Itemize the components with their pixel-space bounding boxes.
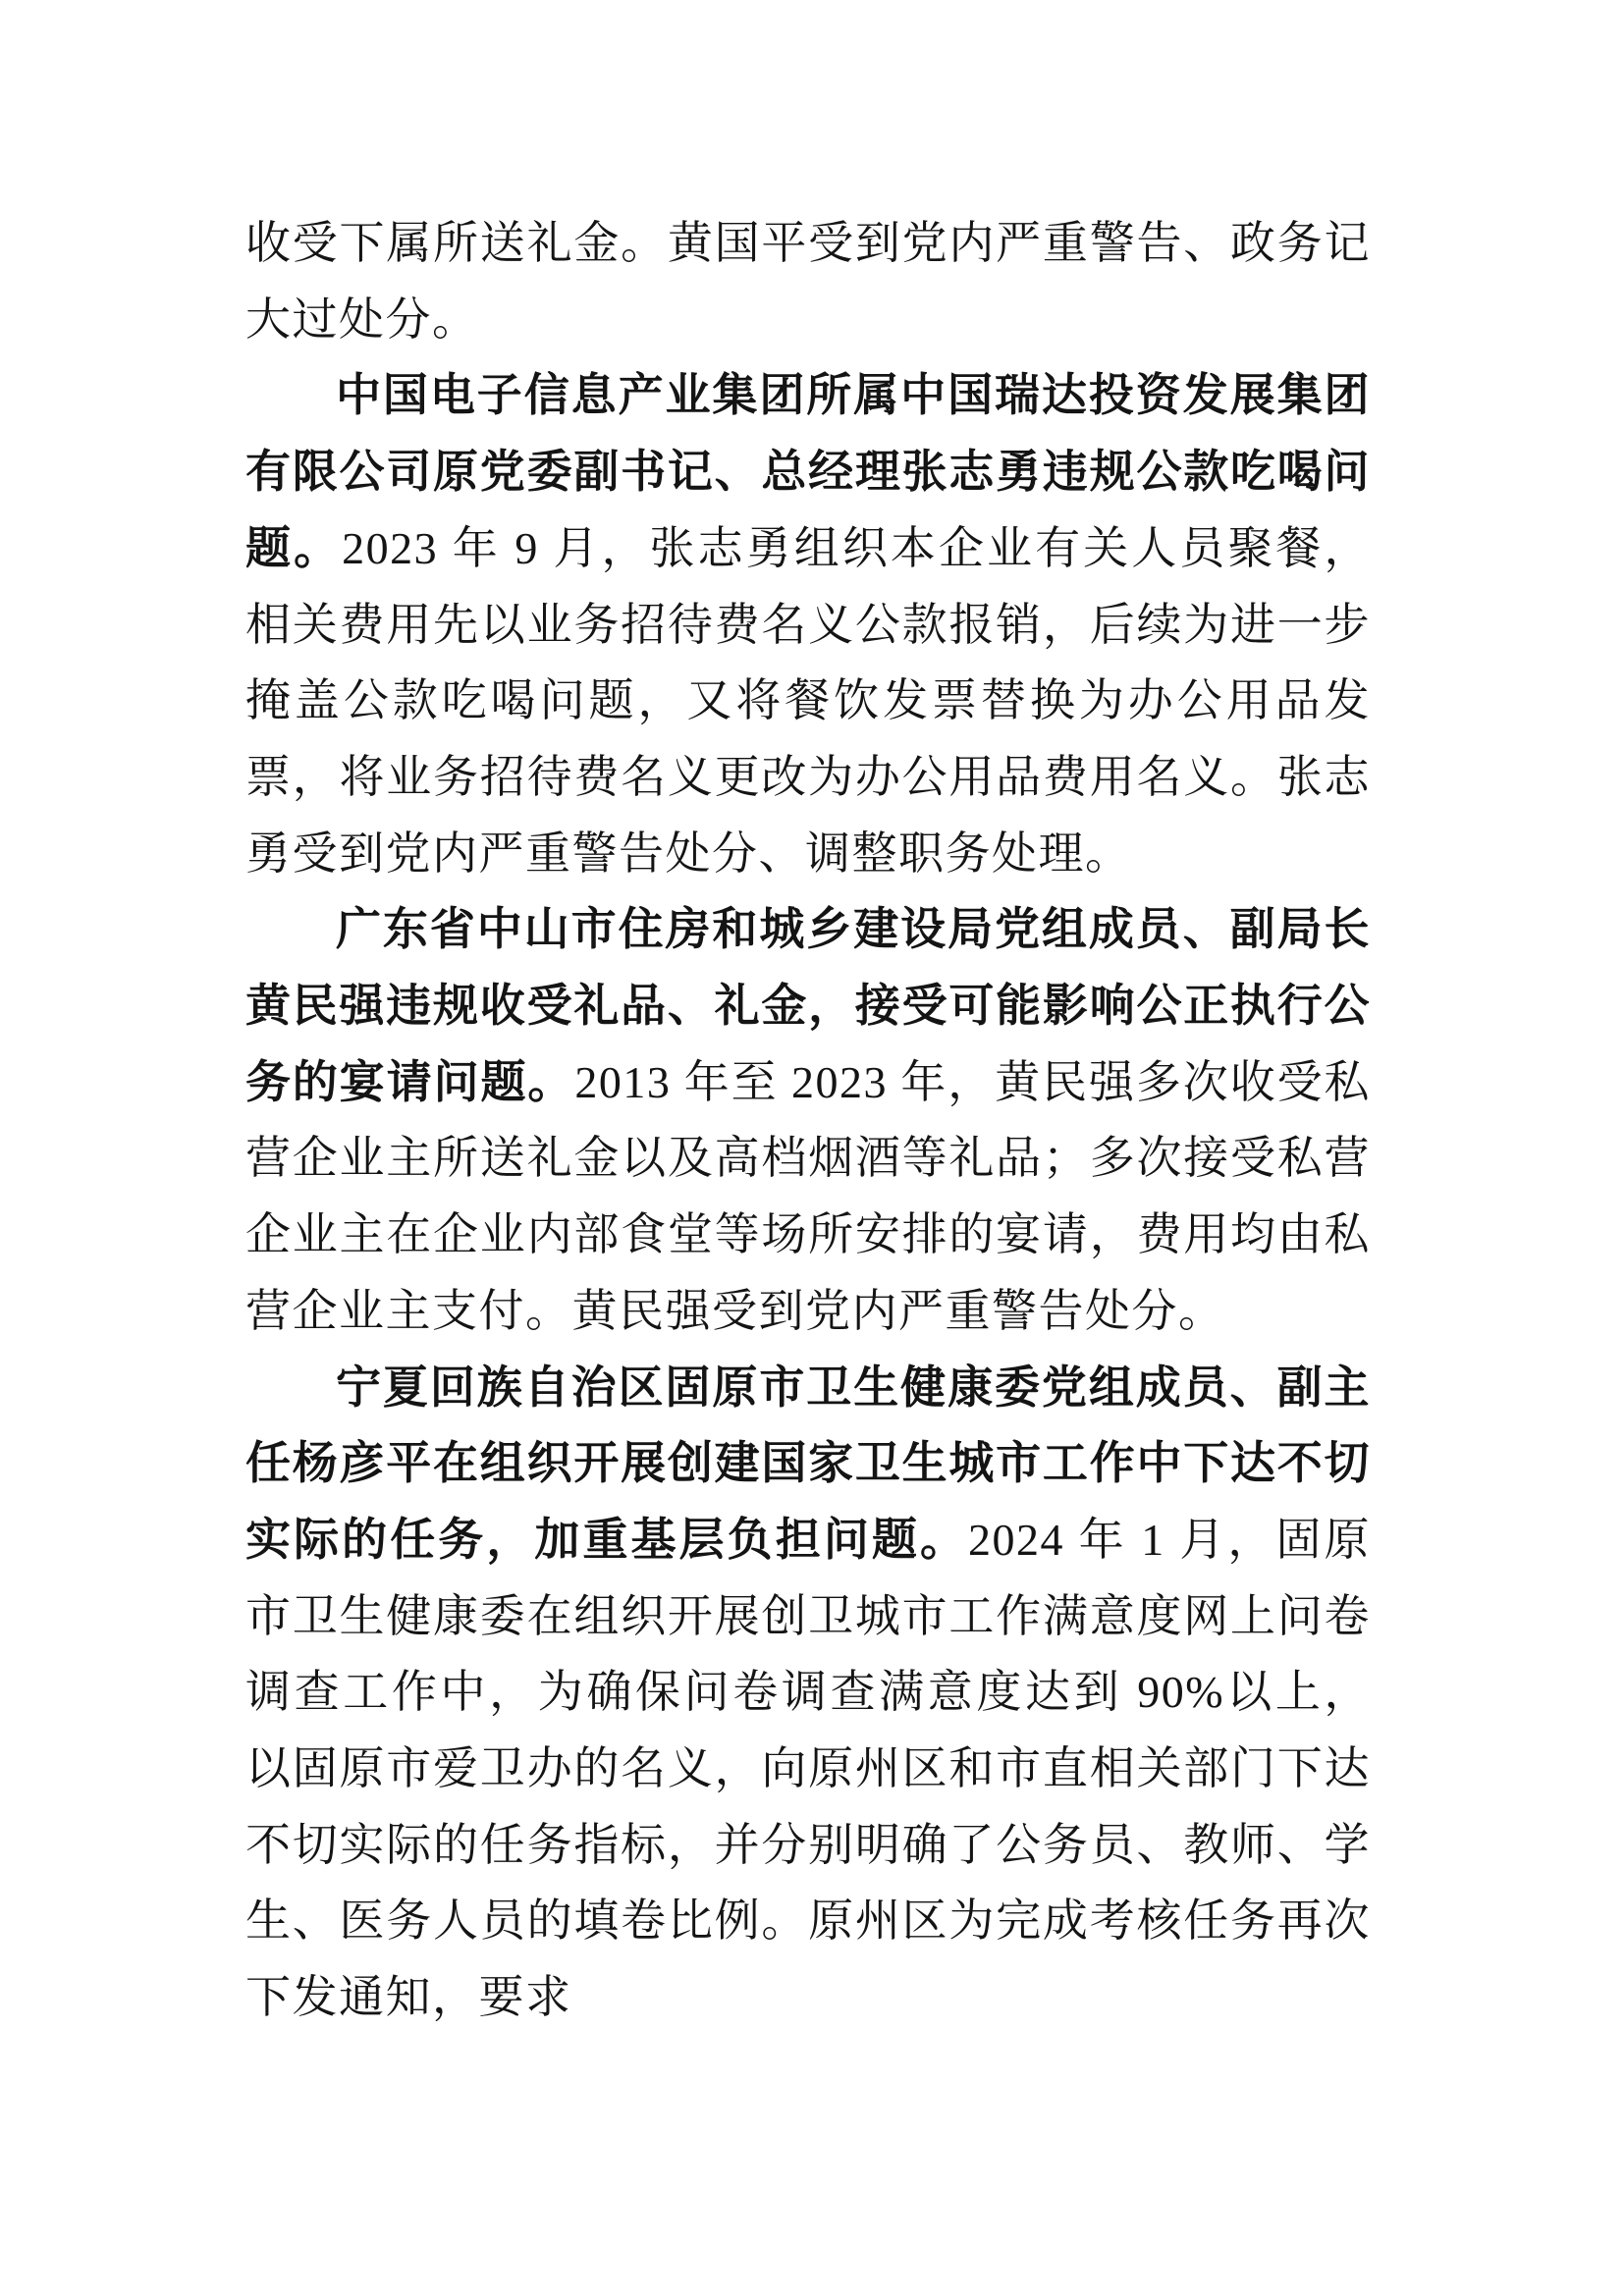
case-body-segment: 2023 年 9 月，张志勇组织本企业有关人员聚餐，相关费用先以业务招待费名义公… bbox=[245, 523, 1371, 879]
paragraph: 广东省中山市住房和城乡建设局党组成员、副局长黄民强违规收受礼品、礼金，接受可能影… bbox=[245, 891, 1371, 1349]
document-body: 收受下属所送礼金。黄国平受到党内严重警告、政务记大过处分。中国电子信息产业集团所… bbox=[245, 205, 1371, 2036]
paragraph: 中国电子信息产业集团所属中国瑞达投资发展集团有限公司原党委副书记、总经理张志勇违… bbox=[245, 357, 1371, 891]
paragraph: 收受下属所送礼金。黄国平受到党内严重警告、政务记大过处分。 bbox=[245, 205, 1371, 357]
case-body-segment: 收受下属所送礼金。黄国平受到党内严重警告、政务记大过处分。 bbox=[245, 218, 1371, 345]
case-body-segment: 2024 年 1 月，固原市卫生健康委在组织开展创卫城市工作满意度网上问卷调查工… bbox=[245, 1515, 1371, 2022]
paragraph: 宁夏回族自治区固原市卫生健康委党组成员、副主任杨彦平在组织开展创建国家卫生城市工… bbox=[245, 1350, 1371, 2036]
document-page: 收受下属所送礼金。黄国平受到党内严重警告、政务记大过处分。中国电子信息产业集团所… bbox=[0, 0, 1624, 2296]
